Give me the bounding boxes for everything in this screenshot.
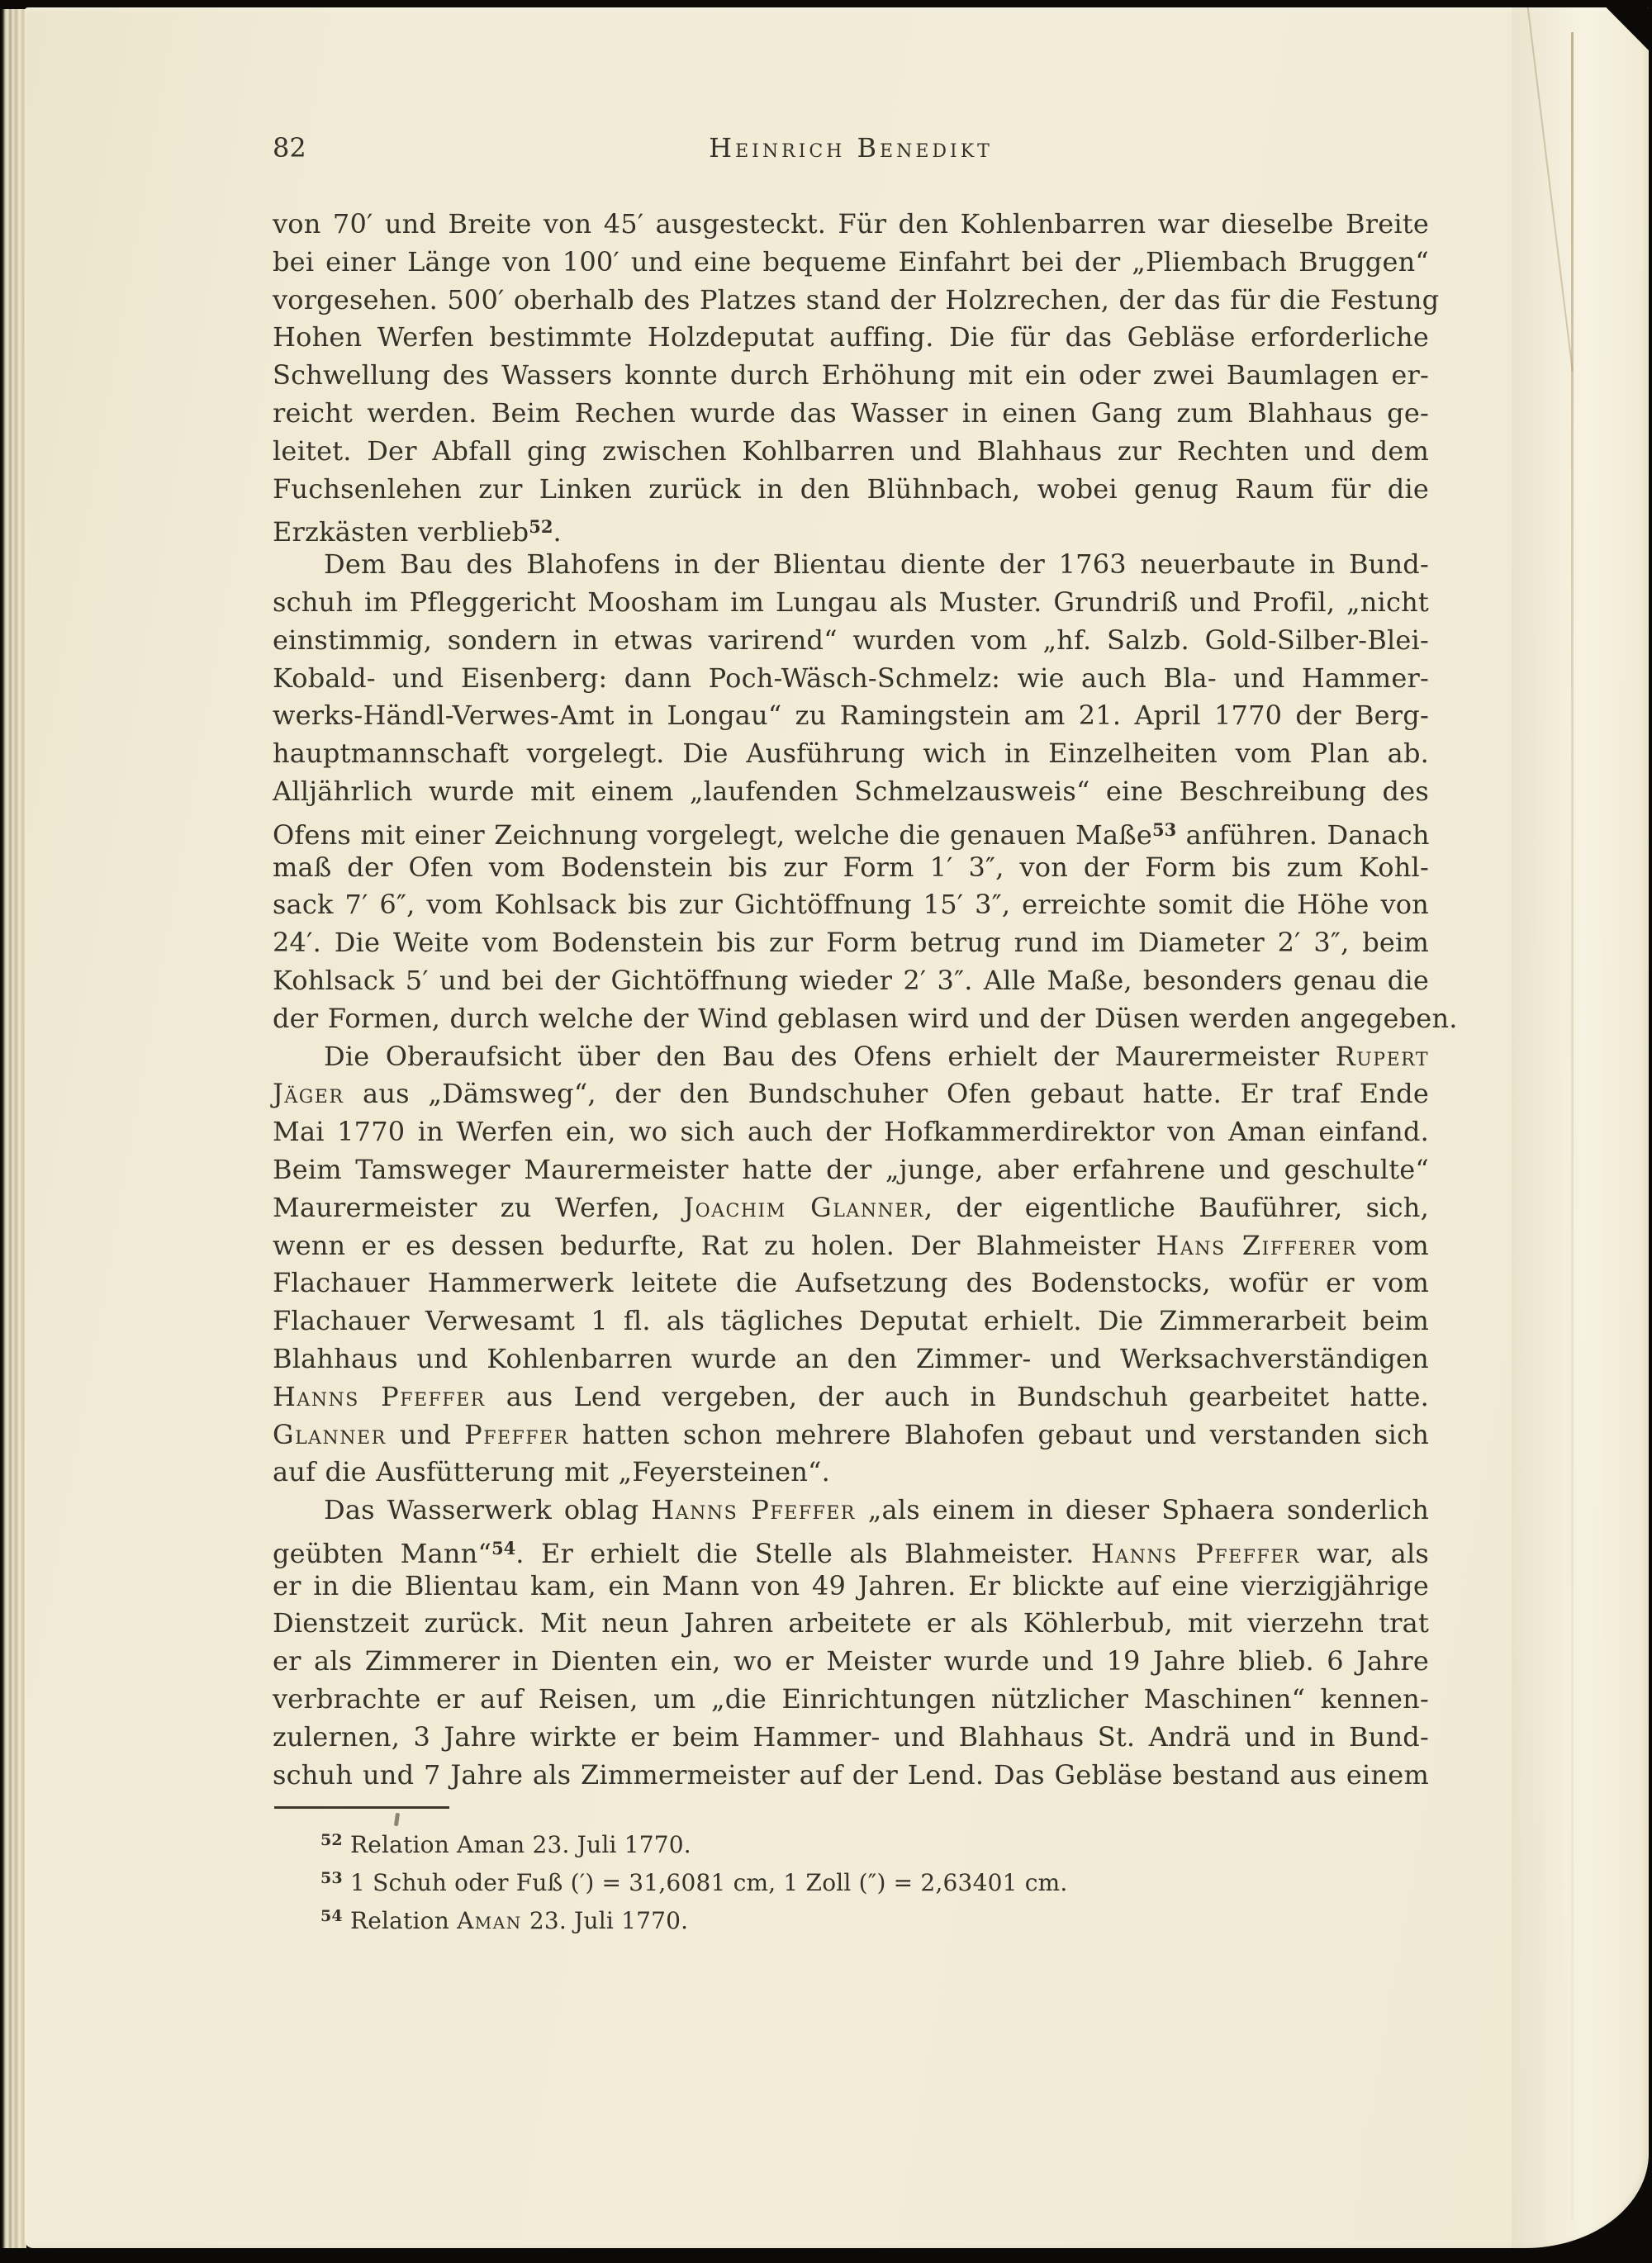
- text-line: Beim Tamsweger Maurermeister hatte der „…: [273, 1151, 1429, 1189]
- text-segment: reicht werden. Beim Rechen wurde das Was…: [273, 397, 1429, 429]
- text-segment: schuh und 7 Jahre als Zimmermeister auf …: [273, 1759, 1429, 1791]
- text-line: Flachauer Verwesamt 1 fl. als tägliches …: [273, 1302, 1429, 1340]
- text-segment: Maurermeister zu Werfen,: [273, 1192, 683, 1223]
- text-segment: er in die Blientau kam, ein Mann von 49 …: [273, 1570, 1429, 1601]
- text-segment: hauptmannschaft vorgelegt. Die Ausführun…: [273, 738, 1429, 769]
- text-segment: „als einem in dieser Sphaera sonderlich: [856, 1494, 1429, 1525]
- text-line: Erzkästen verblieb52.: [273, 508, 1429, 546]
- smallcaps-name: Joachim Glanner: [683, 1192, 924, 1223]
- text-segment: geübten Mann“: [273, 1538, 491, 1569]
- page-header: 82 Heinrich Benedikt: [273, 130, 1429, 166]
- text-segment: 1 Schuh oder Fuß (′) = 31,6081 cm, 1 Zol…: [350, 1869, 1068, 1896]
- text-segment: Die Oberaufsicht über den Bau des Ofens …: [324, 1041, 1336, 1072]
- paragraph: Das Wasserwerk oblag Hanns Pfeffer „als …: [273, 1492, 1429, 1794]
- footnote-marker: 52: [320, 1831, 343, 1849]
- book-photo: 82 Heinrich Benedikt von 70′ und Breite …: [0, 0, 1652, 2263]
- text-segment: einstimmig, sondern in etwas varirend“ w…: [273, 624, 1429, 656]
- text-line: Alljährlich wurde mit einem „laufenden S…: [273, 773, 1429, 811]
- footnote-rule: [274, 1806, 449, 1809]
- text-segment: . Er erhielt die Stelle als Blahmeister.: [515, 1538, 1091, 1569]
- smallcaps-name: Hanns Pfeffer: [273, 1381, 486, 1412]
- text-segment: Flachauer Verwesamt 1 fl. als tägliches …: [273, 1305, 1429, 1336]
- text-segment: aus Lend vergeben, der auch in Bundschuh…: [486, 1381, 1429, 1412]
- smallcaps-name: Hanns Pfeffer: [651, 1494, 856, 1525]
- text-line: geübten Mann“54. Er erhielt die Stelle a…: [273, 1530, 1429, 1568]
- page-crease: [1571, 32, 1574, 2221]
- body-text: von 70′ und Breite von 45′ ausgesteckt. …: [273, 206, 1429, 1794]
- text-segment: werks-Händl-Verwes-Amt in Longau“ zu Ram…: [273, 700, 1429, 731]
- paragraph: Die Oberaufsicht über den Bau des Ofens …: [273, 1038, 1429, 1492]
- text-segment: Alljährlich wurde mit einem „laufenden S…: [273, 776, 1429, 807]
- text-line: einstimmig, sondern in etwas varirend“ w…: [273, 622, 1429, 660]
- text-segment: anführen. Danach: [1176, 819, 1429, 851]
- text-line: Die Oberaufsicht über den Bau des Ofens …: [273, 1038, 1429, 1076]
- text-segment: 24′. Die Weite vom Bodenstein bis zur Fo…: [273, 927, 1429, 958]
- smallcaps-name: Jäger: [273, 1078, 344, 1109]
- text-line: Flachauer Hammerwerk leitete die Aufsetz…: [273, 1264, 1429, 1302]
- text-line: Dienstzeit zurück. Mit neun Jahren arbei…: [273, 1605, 1429, 1643]
- page-fold-line: [1526, 7, 1574, 372]
- text-segment: Beim Tamsweger Maurermeister hatte der „…: [273, 1154, 1429, 1185]
- text-segment: aus „Dämsweg“, der den Bundschuher Ofen …: [344, 1078, 1429, 1109]
- text-line: Kohlsack 5′ und bei der Gichtöffnung wie…: [273, 962, 1429, 1000]
- text-line: vorgesehen. 500′ oberhalb des Platzes st…: [273, 282, 1429, 320]
- text-line: hauptmannschaft vorgelegt. Die Ausführun…: [273, 735, 1429, 773]
- text-line: Maurermeister zu Werfen, Joachim Glanner…: [273, 1189, 1429, 1227]
- text-segment: 23. Juli 1770.: [522, 1907, 689, 1934]
- text-segment: vom: [1357, 1230, 1429, 1261]
- text-line: Dem Bau des Blahofens in der Blientau di…: [273, 546, 1429, 584]
- footnote-marker: 54: [320, 1907, 343, 1925]
- text-segment: er als Zimmerer in Dienten ein, wo er Me…: [273, 1645, 1429, 1677]
- text-line: maß der Ofen vom Bodenstein bis zur Form…: [273, 849, 1429, 887]
- text-line: auf die Ausfütterung mit „Feyersteinen“.: [273, 1454, 1429, 1492]
- text-segment: Blahhaus und Kohlenbarren wurde an den Z…: [273, 1343, 1429, 1374]
- text-segment: verbrachte er auf Reisen, um „die Einric…: [273, 1683, 1429, 1715]
- smallcaps-name: Hans Zifferer: [1156, 1230, 1356, 1261]
- text-line: er in die Blientau kam, ein Mann von 49 …: [273, 1568, 1429, 1606]
- text-line: Hohen Werfen bestimmte Holzdeputat auffi…: [273, 319, 1429, 357]
- text-line: Schwellung des Wassers konnte durch Erhö…: [273, 357, 1429, 395]
- text-segment: Erzkästen verblieb: [273, 516, 529, 548]
- text-line: schuh im Pfleggericht Moosham im Lungau …: [273, 584, 1429, 622]
- text-segment: Dienstzeit zurück. Mit neun Jahren arbei…: [273, 1607, 1429, 1639]
- text-segment: hatten schon mehrere Blahofen gebaut und…: [569, 1419, 1429, 1450]
- text-segment: war, als: [1300, 1538, 1429, 1569]
- text-line: werks-Händl-Verwes-Amt in Longau“ zu Ram…: [273, 697, 1429, 735]
- running-head: Heinrich Benedikt: [273, 130, 1429, 166]
- footnote-marker: 53: [320, 1869, 343, 1887]
- text-line: er als Zimmerer in Dienten ein, wo er Me…: [273, 1643, 1429, 1681]
- text-segment: Kobald- und Eisenberg: dann Poch-Wäsch-S…: [273, 662, 1429, 694]
- text-line: verbrachte er auf Reisen, um „die Einric…: [273, 1681, 1429, 1719]
- text-segment: Relation: [350, 1907, 457, 1934]
- text-segment: Dem Bau des Blahofens in der Blientau di…: [324, 548, 1429, 580]
- text-line: 24′. Die Weite vom Bodenstein bis zur Fo…: [273, 924, 1429, 962]
- footnote-ref: 53: [1152, 819, 1176, 840]
- smallcaps-name: Aman: [457, 1907, 522, 1934]
- text-segment: Fuchsenlehen zur Linken zurück in den Bl…: [273, 473, 1429, 505]
- text-line: Mai 1770 in Werfen ein, wo sich auch der…: [273, 1113, 1429, 1151]
- text-segment: , der eigentliche Bauführer, sich,: [924, 1192, 1429, 1223]
- text-segment: zulernen, 3 Jahre wirkte er beim Hammer-…: [273, 1721, 1429, 1753]
- text-segment: wenn er es dessen bedurfte, Rat zu holen…: [273, 1230, 1156, 1261]
- text-segment: schuh im Pfleggericht Moosham im Lungau …: [273, 586, 1429, 618]
- text-line: von 70′ und Breite von 45′ ausgesteckt. …: [273, 206, 1429, 244]
- text-segment: Schwellung des Wassers konnte durch Erhö…: [273, 359, 1429, 391]
- text-line: Jäger aus „Dämsweg“, der den Bundschuher…: [273, 1075, 1429, 1113]
- text-segment: Hohen Werfen bestimmte Holzdeputat auffi…: [273, 321, 1429, 353]
- paragraph: Dem Bau des Blahofens in der Blientau di…: [273, 546, 1429, 1037]
- text-segment: bei einer Länge von 100′ und eine bequem…: [273, 246, 1429, 278]
- page-corner-shadow: [1584, 7, 1649, 50]
- smallcaps-name: Pfeffer: [464, 1419, 569, 1450]
- text-line: Das Wasserwerk oblag Hanns Pfeffer „als …: [273, 1492, 1429, 1530]
- text-line: sack 7′ 6″, vom Kohlsack bis zur Gichtöf…: [273, 886, 1429, 924]
- text-line: reicht werden. Beim Rechen wurde das Was…: [273, 395, 1429, 433]
- text-segment: Kohlsack 5′ und bei der Gichtöffnung wie…: [273, 965, 1429, 996]
- footnotes: 52 Relation Aman 23. Juli 1770.53 1 Schu…: [273, 1821, 1429, 1935]
- text-line: Blahhaus und Kohlenbarren wurde an den Z…: [273, 1340, 1429, 1378]
- text-line: Glanner und Pfeffer hatten schon mehrere…: [273, 1416, 1429, 1454]
- footnote-line: 52 Relation Aman 23. Juli 1770.: [273, 1821, 1429, 1859]
- text-line: schuh und 7 Jahre als Zimmermeister auf …: [273, 1757, 1429, 1795]
- text-line: der Formen, durch welche der Wind geblas…: [273, 1000, 1429, 1038]
- text-segment: der Formen, durch welche der Wind geblas…: [273, 1003, 1458, 1034]
- text-segment: Das Wasserwerk oblag: [324, 1494, 651, 1525]
- smallcaps-name: Hanns Pfeffer: [1091, 1538, 1300, 1569]
- text-line: leitet. Der Abfall ging zwischen Kohlbar…: [273, 433, 1429, 471]
- book-page: 82 Heinrich Benedikt von 70′ und Breite …: [25, 7, 1649, 2248]
- footnote-ref: 54: [491, 1538, 515, 1558]
- text-segment: Relation Aman 23. Juli 1770.: [350, 1831, 691, 1858]
- text-segment: Flachauer Hammerwerk leitete die Aufsetz…: [273, 1267, 1429, 1298]
- text-line: zulernen, 3 Jahre wirkte er beim Hammer-…: [273, 1719, 1429, 1757]
- text-segment: leitet. Der Abfall ging zwischen Kohlbar…: [273, 435, 1429, 467]
- page-edges-stack: [2, 9, 26, 2248]
- text-segment: auf die Ausfütterung mit „Feyersteinen“.: [273, 1456, 830, 1487]
- page-number: 82: [273, 130, 306, 166]
- smallcaps-name: Rupert: [1336, 1041, 1429, 1072]
- text-segment: Mai 1770 in Werfen ein, wo sich auch der…: [273, 1116, 1429, 1147]
- text-segment: Ofens mit einer Zeichnung vorgelegt, wel…: [273, 819, 1152, 851]
- footnote-line: 54 Relation Aman 23. Juli 1770.: [273, 1897, 1429, 1935]
- page-right-sheen: [1512, 7, 1649, 2248]
- text-line: Ofens mit einer Zeichnung vorgelegt, wel…: [273, 811, 1429, 849]
- smallcaps-name: Glanner: [273, 1419, 387, 1450]
- text-line: bei einer Länge von 100′ und eine bequem…: [273, 244, 1429, 282]
- text-segment: von 70′ und Breite von 45′ ausgesteckt. …: [273, 208, 1429, 240]
- paragraph: von 70′ und Breite von 45′ ausgesteckt. …: [273, 206, 1429, 546]
- text-segment: maß der Ofen vom Bodenstein bis zur Form…: [273, 852, 1429, 883]
- text-line: Hanns Pfeffer aus Lend vergeben, der auc…: [273, 1378, 1429, 1416]
- footnote-line: 53 1 Schuh oder Fuß (′) = 31,6081 cm, 1 …: [273, 1859, 1429, 1897]
- text-line: Fuchsenlehen zur Linken zurück in den Bl…: [273, 471, 1429, 509]
- text-segment: vorgesehen. 500′ oberhalb des Platzes st…: [273, 284, 1439, 315]
- text-line: wenn er es dessen bedurfte, Rat zu holen…: [273, 1227, 1429, 1265]
- footnote-ref: 52: [529, 516, 553, 537]
- text-segment: und: [387, 1419, 464, 1450]
- text-segment: .: [553, 516, 562, 548]
- text-segment: sack 7′ 6″, vom Kohlsack bis zur Gichtöf…: [273, 889, 1429, 920]
- text-line: Kobald- und Eisenberg: dann Poch-Wäsch-S…: [273, 660, 1429, 698]
